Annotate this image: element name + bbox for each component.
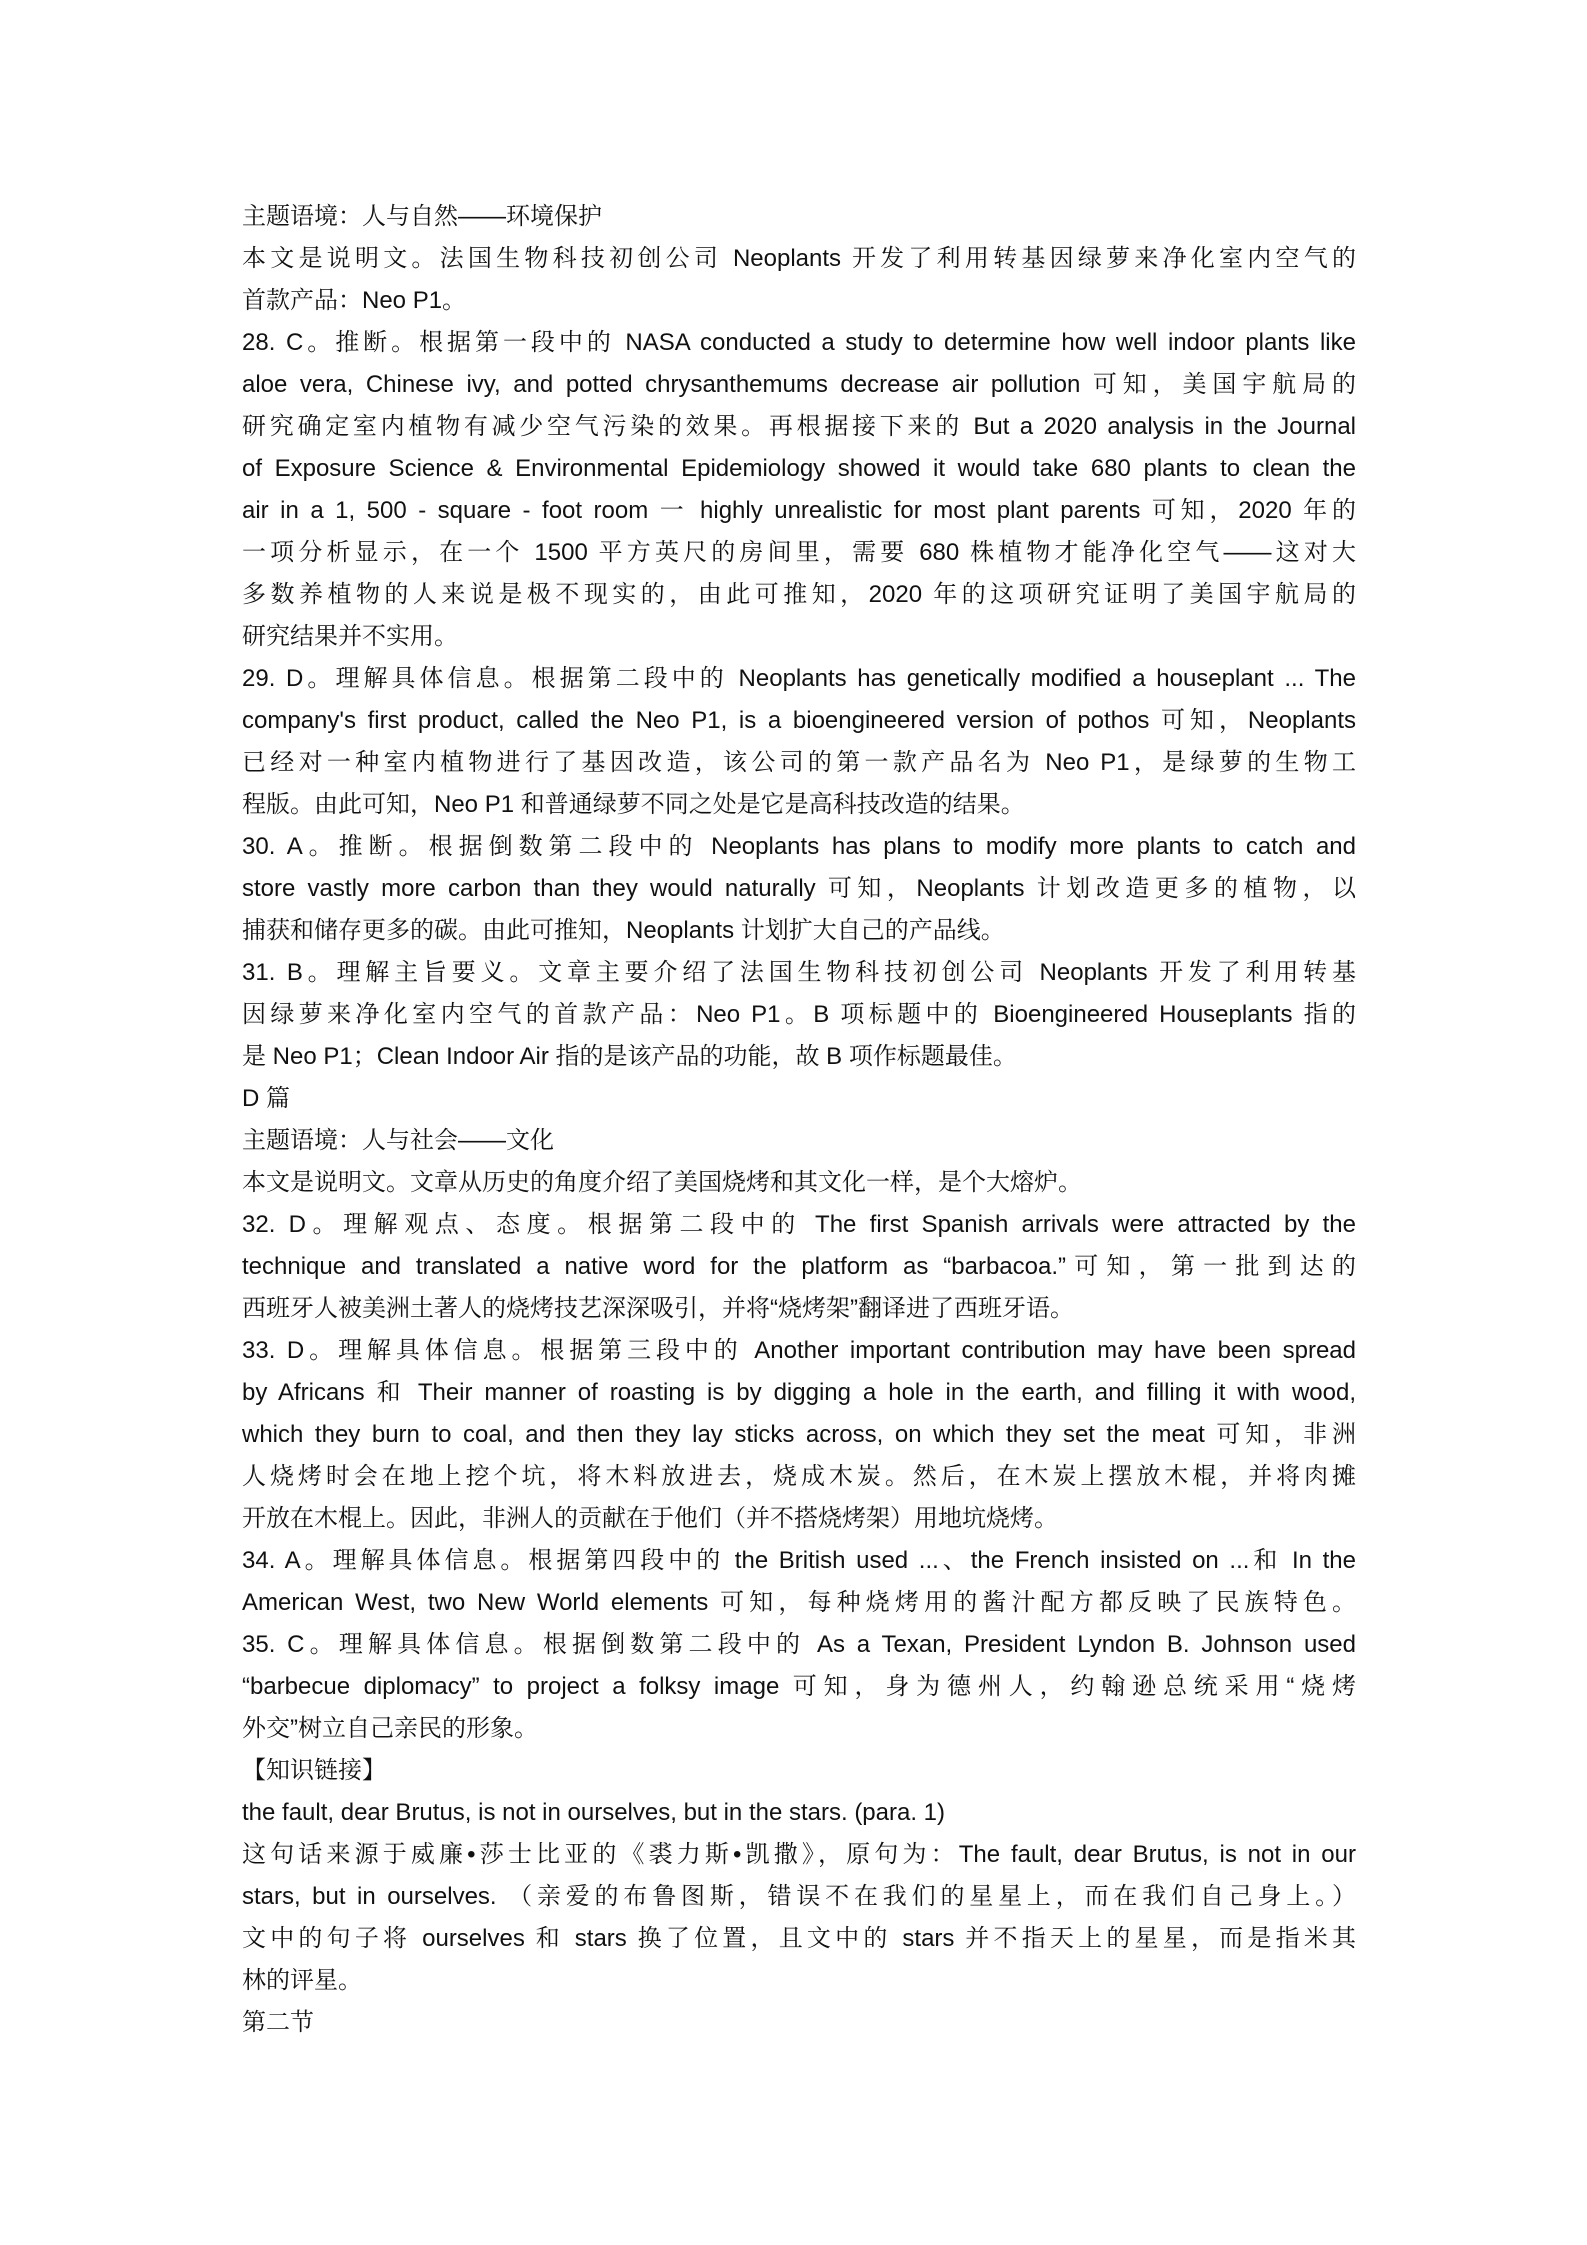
knowledge-link-line: 这句话来源于威廉•莎士比亚的《裘力斯•凯撒》，原句为：The fault, de…: [242, 1834, 1356, 1876]
knowledge-link-heading: 【知识链接】: [242, 1750, 1356, 1792]
answer-35: 35. C。理解具体信息。根据倒数第二段中的 As a Texan, Presi…: [242, 1624, 1356, 1750]
answer-line: 35. C。理解具体信息。根据倒数第二段中的 As a Texan, Presi…: [242, 1624, 1356, 1666]
answer-line: “barbecue diplomacy” to project a folksy…: [242, 1666, 1356, 1708]
document-page: 主题语境：人与自然——环境保护 本文是说明文。法国生物科技初创公司 Neopla…: [242, 196, 1356, 2044]
answer-line: 研究结果并不实用。: [242, 616, 1356, 658]
answer-28: 28. C。推断。根据第一段中的 NASA conducted a study …: [242, 322, 1356, 658]
answer-line: American West, two New World elements 可知…: [242, 1582, 1356, 1624]
answer-line: 捕获和储存更多的碳。由此可推知，Neoplants 计划扩大自己的产品线。: [242, 910, 1356, 952]
answer-line: of Exposure Science & Environmental Epid…: [242, 448, 1356, 490]
answer-line: 程版。由此可知，Neo P1 和普通绿萝不同之处是它是高科技改造的结果。: [242, 784, 1356, 826]
next-section-heading: 第二节: [242, 2002, 1356, 2044]
answer-line: technique and translated a native word f…: [242, 1246, 1356, 1288]
answer-line: 一项分析显示，在一个 1500 平方英尺的房间里，需要 680 株植物才能净化空…: [242, 532, 1356, 574]
knowledge-link-line: 林的评星。: [242, 1960, 1356, 2002]
answer-line: 28. C。推断。根据第一段中的 NASA conducted a study …: [242, 322, 1356, 364]
knowledge-link-quote: the fault, dear Brutus, is not in oursel…: [242, 1792, 1356, 1834]
section-heading: D 篇: [242, 1078, 1356, 1120]
answer-line: company's first product, called the Neo …: [242, 700, 1356, 742]
theme-context-line: 主题语境：人与自然——环境保护: [242, 196, 1356, 238]
theme-context-line: 主题语境：人与社会——文化: [242, 1120, 1356, 1162]
answer-line: 多数养植物的人来说是极不现实的，由此可推知，2020 年的这项研究证明了美国宇航…: [242, 574, 1356, 616]
answer-line: 29. D。理解具体信息。根据第二段中的 Neoplants has genet…: [242, 658, 1356, 700]
answer-33: 33. D。理解具体信息。根据第三段中的 Another important c…: [242, 1330, 1356, 1540]
answer-line: 西班牙人被美洲土著人的烧烤技艺深深吸引，并将“烧烤架”翻译进了西班牙语。: [242, 1288, 1356, 1330]
answer-line: 外交”树立自己亲民的形象。: [242, 1708, 1356, 1750]
answer-line: which they burn to coal, and then they l…: [242, 1414, 1356, 1456]
answer-line: 开放在木棍上。因此，非洲人的贡献在于他们（并不搭烧烤架）用地坑烧烤。: [242, 1498, 1356, 1540]
answer-line: 人烧烤时会在地上挖个坑，将木料放进去，烧成木炭。然后，在木炭上摆放木棍，并将肉摊: [242, 1456, 1356, 1498]
knowledge-link-line: stars, but in ourselves. （亲爱的布鲁图斯，错误不在我们…: [242, 1876, 1356, 1918]
knowledge-link-line: 文中的句子将 ourselves 和 stars 换了位置，且文中的 stars…: [242, 1918, 1356, 1960]
answer-line: 已经对一种室内植物进行了基因改造，该公司的第一款产品名为 Neo P1，是绿萝的…: [242, 742, 1356, 784]
answer-line: 34. A。理解具体信息。根据第四段中的 the British used ..…: [242, 1540, 1356, 1582]
answer-line: aloe vera, Chinese ivy, and potted chrys…: [242, 364, 1356, 406]
answer-line: 因绿萝来净化室内空气的首款产品：Neo P1。B 项标题中的 Bioengine…: [242, 994, 1356, 1036]
answer-30: 30. A。推断。根据倒数第二段中的 Neoplants has plans t…: [242, 826, 1356, 952]
answer-line: 30. A。推断。根据倒数第二段中的 Neoplants has plans t…: [242, 826, 1356, 868]
knowledge-link: 【知识链接】 the fault, dear Brutus, is not in…: [242, 1750, 1356, 2002]
answer-line: 32. D。理解观点、态度。根据第二段中的 The first Spanish …: [242, 1204, 1356, 1246]
section-c: 主题语境：人与自然——环境保护 本文是说明文。法国生物科技初创公司 Neopla…: [242, 196, 1356, 1078]
answer-29: 29. D。理解具体信息。根据第二段中的 Neoplants has genet…: [242, 658, 1356, 826]
answer-31: 31. B。理解主旨要义。文章主要介绍了法国生物科技初创公司 Neoplants…: [242, 952, 1356, 1078]
answer-line: air in a 1, 500 - square - foot room 一 h…: [242, 490, 1356, 532]
article-intro-line: 首款产品：Neo P1。: [242, 280, 1356, 322]
answer-34: 34. A。理解具体信息。根据第四段中的 the British used ..…: [242, 1540, 1356, 1624]
section-d: D 篇 主题语境：人与社会——文化 本文是说明文。文章从历史的角度介绍了美国烧烤…: [242, 1078, 1356, 1750]
answer-32: 32. D。理解观点、态度。根据第二段中的 The first Spanish …: [242, 1204, 1356, 1330]
answer-line: 33. D。理解具体信息。根据第三段中的 Another important c…: [242, 1330, 1356, 1372]
answer-line: by Africans 和 Their manner of roasting i…: [242, 1372, 1356, 1414]
answer-line: 31. B。理解主旨要义。文章主要介绍了法国生物科技初创公司 Neoplants…: [242, 952, 1356, 994]
answer-line: 研究确定室内植物有减少空气污染的效果。再根据接下来的 But a 2020 an…: [242, 406, 1356, 448]
answer-line: 是 Neo P1；Clean Indoor Air 指的是该产品的功能，故 B …: [242, 1036, 1356, 1078]
article-intro-line: 本文是说明文。文章从历史的角度介绍了美国烧烤和其文化一样，是个大熔炉。: [242, 1162, 1356, 1204]
answer-line: store vastly more carbon than they would…: [242, 868, 1356, 910]
article-intro-line: 本文是说明文。法国生物科技初创公司 Neoplants 开发了利用转基因绿萝来净…: [242, 238, 1356, 280]
